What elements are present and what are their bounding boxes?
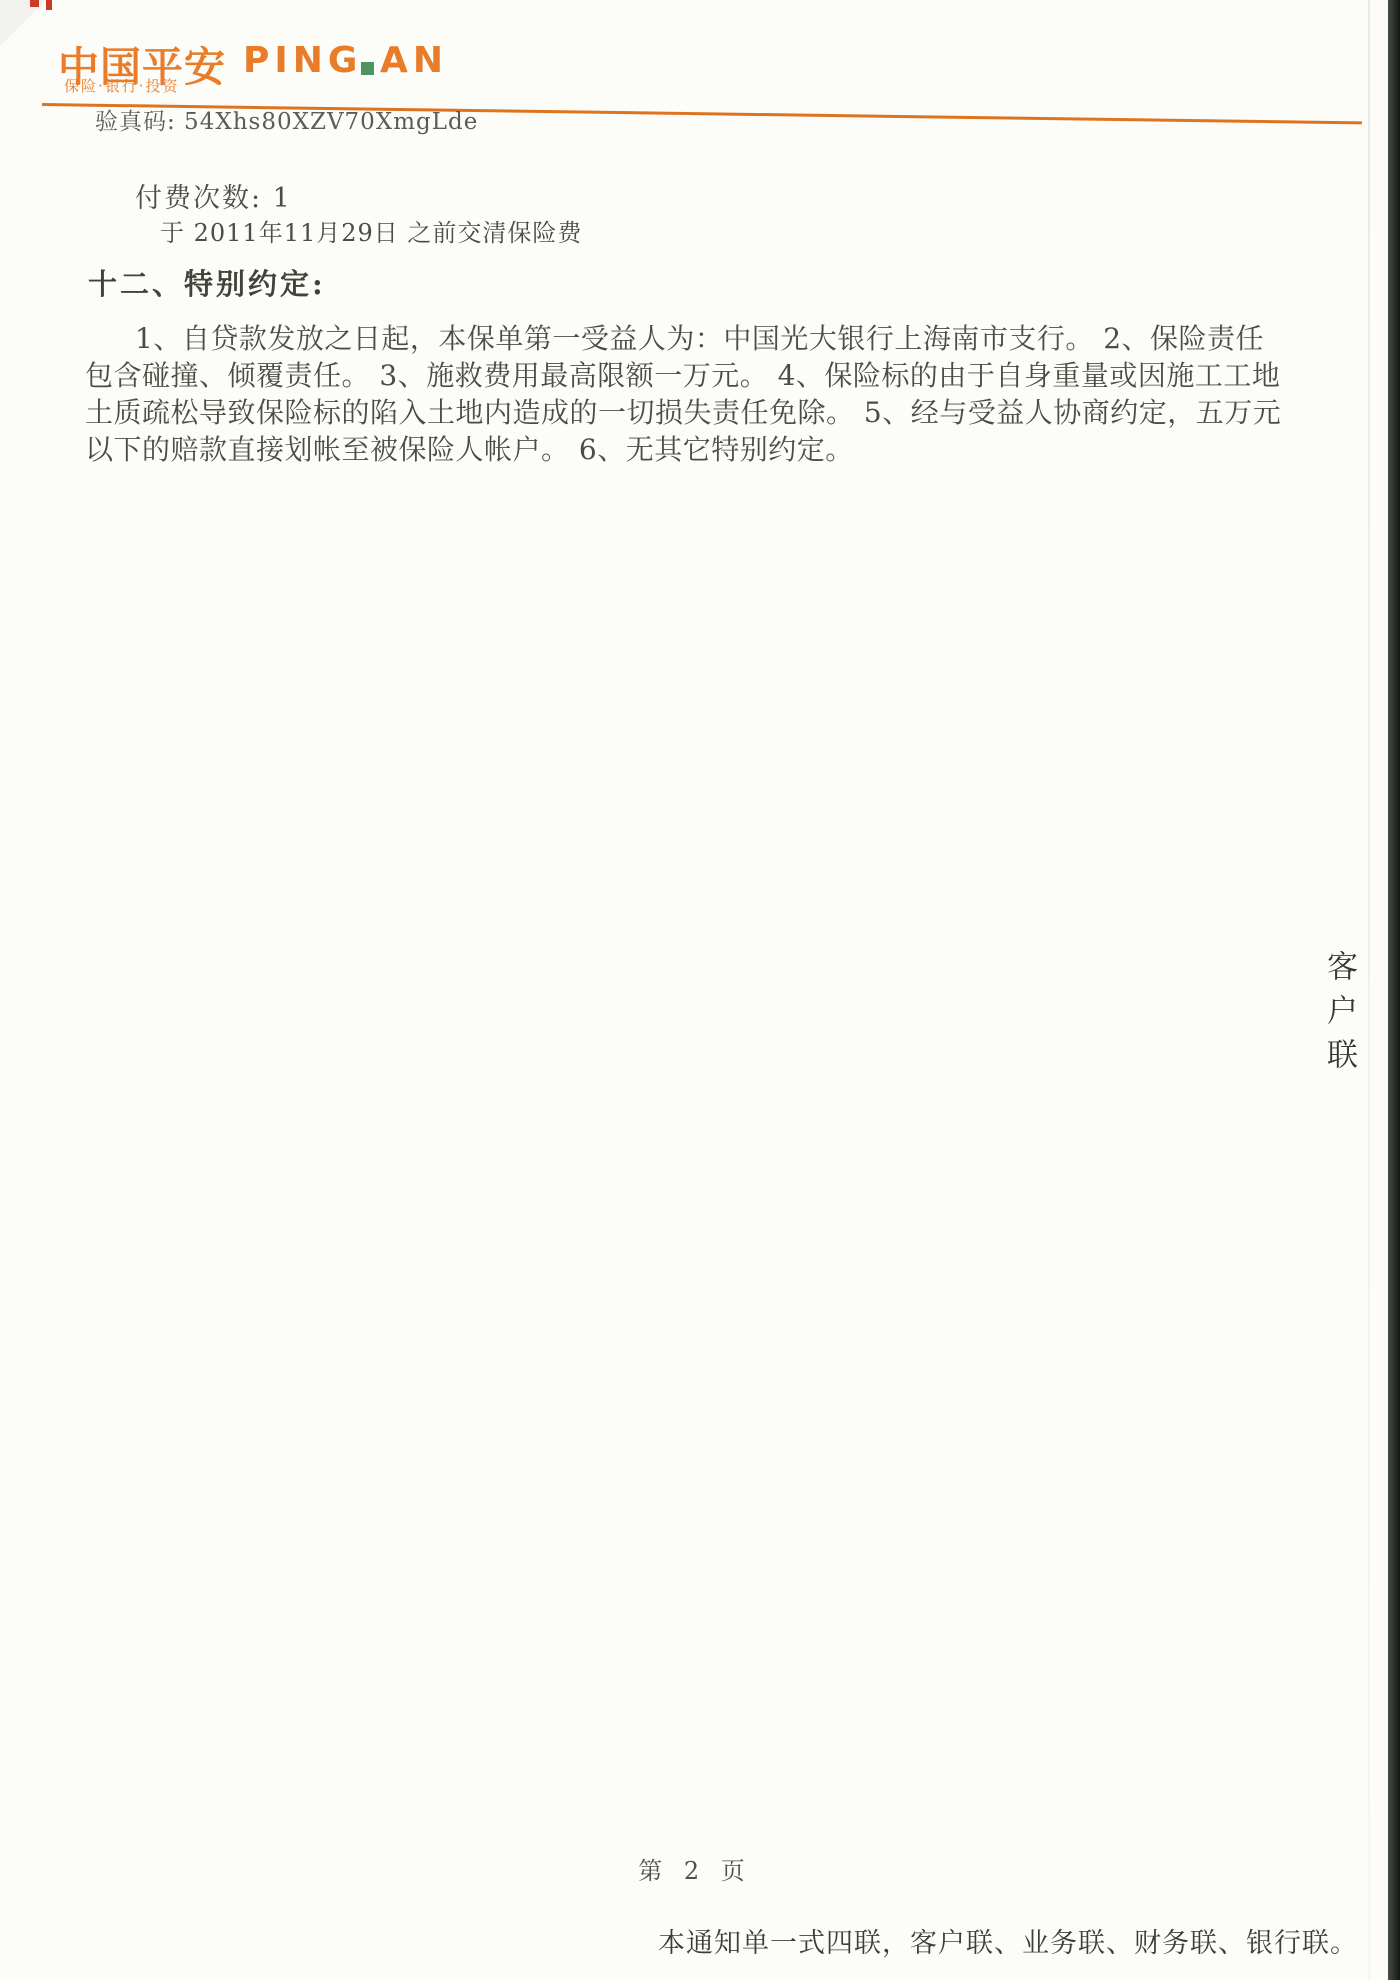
special-terms-line: 1、自贷款发放之日起，本保单第一受益人为：中国光大银行上海南市支行。 2、保险责…: [85, 320, 1080, 357]
footer-distribution-note: 本通知单一式四联，客户联、业务联、财务联、银行联。: [658, 1921, 1358, 1960]
section-heading-special-terms: 十二、特别约定:: [88, 262, 326, 303]
verification-code: 验真码: 54Xhs80XZV70XmgLde: [95, 103, 478, 136]
pingan-logo-green-square-icon: [361, 62, 374, 75]
pingan-logo-tagline: 保险·银行·投资: [64, 75, 180, 96]
payment-times-line: 付费次数: 1: [135, 176, 292, 215]
scan-edge-strip: [1388, 0, 1400, 1980]
pingan-logo-latin: PING AN: [243, 40, 448, 81]
special-terms-line: 包含碰撞、倾覆责任。 3、施救费用最高限额一万元。 4、保险标的由于自身重量或因…: [85, 357, 1080, 394]
scan-red-mark: [30, 0, 39, 7]
payment-due-date-line: 于 2011年11月29日 之前交清保险费: [160, 213, 582, 248]
scan-corner-artifact: [0, 0, 46, 46]
special-terms-line: 土质疏松导致保险标的陷入土地内造成的一切损失责任免除。 5、经与受益人协商约定，…: [85, 394, 1080, 431]
scan-red-mark: [46, 0, 52, 10]
copy-label-customer: 客户联: [1317, 950, 1362, 1082]
page-number: 第 2 页: [0, 1851, 1390, 1886]
special-terms-line: 以下的赔款直接划帐至被保险人帐户。 6、无其它特别约定。: [85, 431, 1080, 468]
special-terms-paragraph: 1、自贷款发放之日起，本保单第一受益人为：中国光大银行上海南市支行。 2、保险责…: [85, 320, 1080, 468]
scanned-document-page: 中国平安 PING AN 保险·银行·投资 验真码: 54Xhs80XZV70X…: [0, 0, 1400, 1980]
scan-crease: [1368, 0, 1370, 1980]
